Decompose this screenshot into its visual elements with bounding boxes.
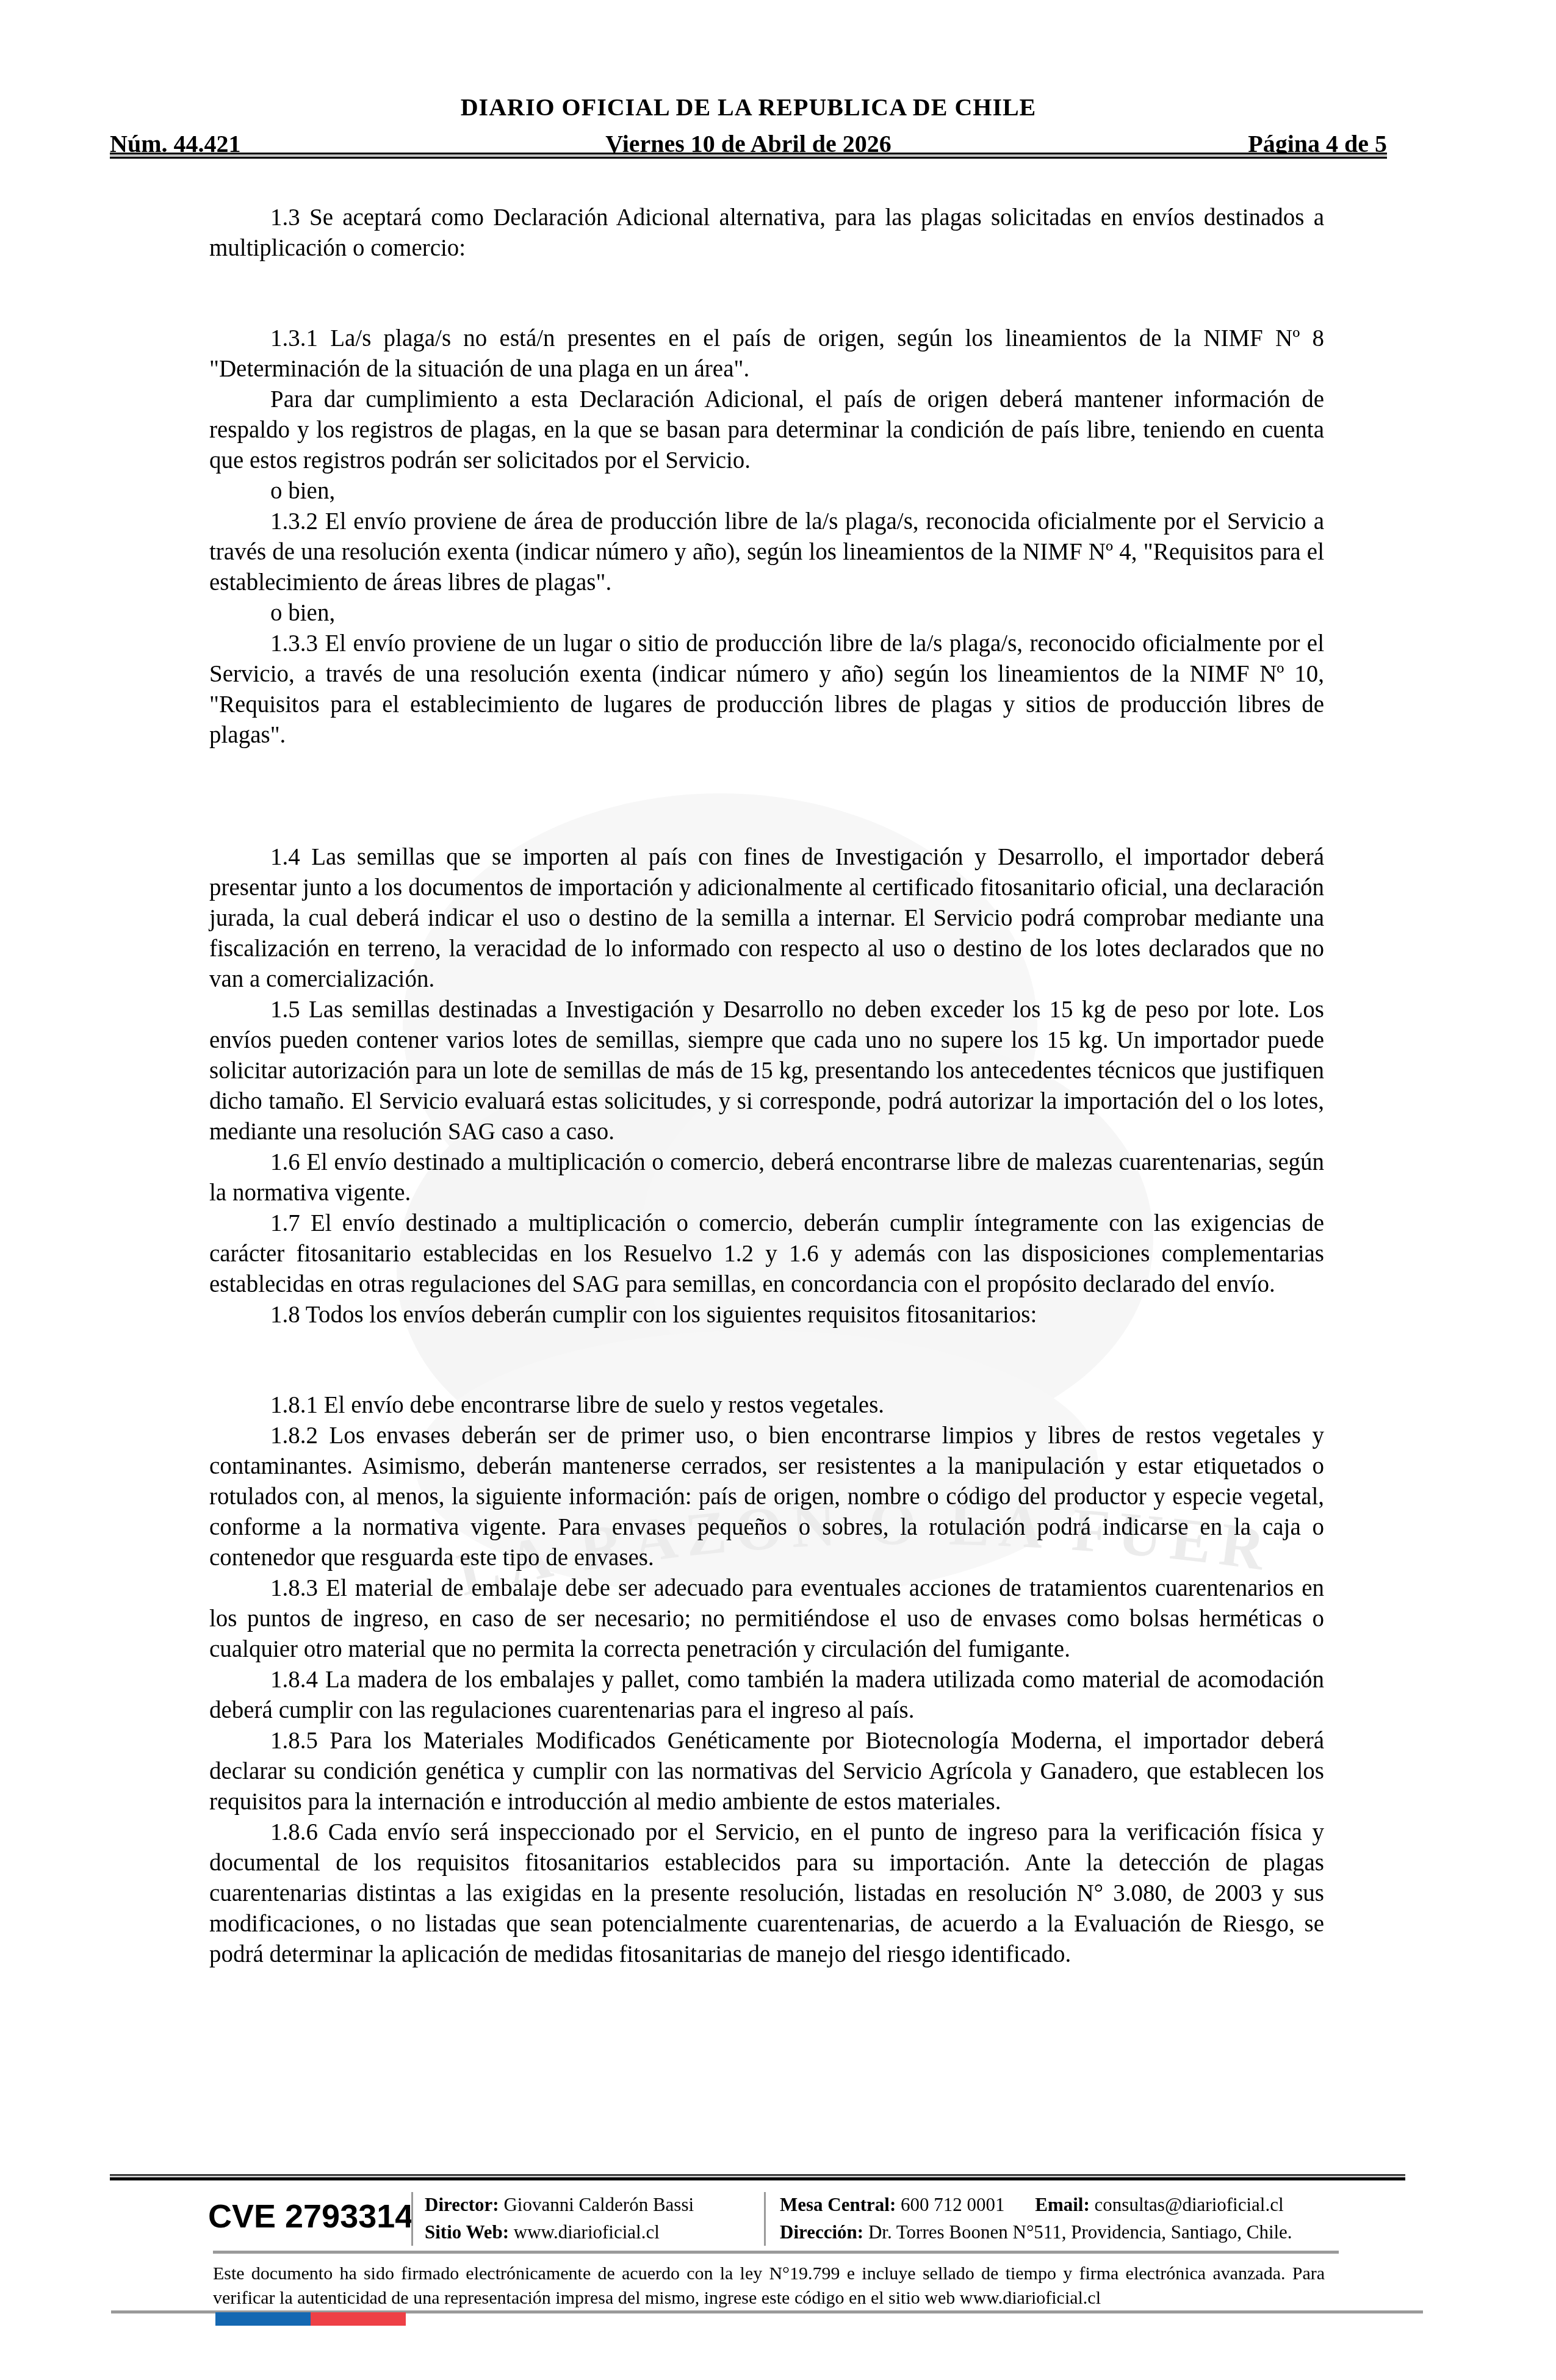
paragraph: o bien, xyxy=(209,476,1324,507)
paragraph: 1.7 El envío destinado a multiplicación … xyxy=(209,1208,1324,1300)
paragraph: 1.8.1 El envío debe encontrarse libre de… xyxy=(209,1390,1324,1421)
director-label: Director: xyxy=(425,2194,499,2215)
footer-divider xyxy=(764,2192,766,2246)
sitio-web-value: www.diarioficial.cl xyxy=(514,2221,660,2243)
footer-divider xyxy=(411,2192,413,2246)
paragraph: 1.8.2 Los envases deberán ser de primer … xyxy=(209,1421,1324,1573)
cve-code: CVE 2793314 xyxy=(208,2198,413,2235)
legal-note: Este documento ha sido firmado electróni… xyxy=(213,2262,1325,2310)
header-rule xyxy=(110,153,1387,159)
director-line: Director: Giovanni Calderón Bassi xyxy=(425,2191,694,2218)
paragraph: Para dar cumplimiento a esta Declaración… xyxy=(209,384,1324,476)
document-page: LA RAZON O LA FUERZA DIARIO OFICIAL DE L… xyxy=(0,0,1556,2380)
director-value: Giovanni Calderón Bassi xyxy=(503,2194,694,2215)
email-label: Email: xyxy=(1035,2194,1090,2215)
paragraph: 1.3.1 La/s plaga/s no está/n presentes e… xyxy=(209,323,1324,384)
paragraph: 1.8.4 La madera de los embalajes y palle… xyxy=(209,1665,1324,1726)
direccion-label: Dirección: xyxy=(780,2221,863,2243)
paragraph: 1.4 Las semillas que se importen al país… xyxy=(209,842,1324,995)
footer-rule xyxy=(110,2174,1405,2180)
paragraph: 1.6 El envío destinado a multiplicación … xyxy=(209,1147,1324,1208)
paragraph: 1.3.2 El envío proviene de área de produ… xyxy=(209,507,1324,598)
paragraph: o bien, xyxy=(209,598,1324,629)
paragraph: 1.8.5 Para los Materiales Modificados Ge… xyxy=(209,1726,1324,1817)
mesa-central-label: Mesa Central: xyxy=(780,2194,896,2215)
chile-flag-mark xyxy=(215,2312,406,2326)
paragraph: 1.5 Las semillas destinadas a Investigac… xyxy=(209,995,1324,1147)
direccion-line: Dirección: Dr. Torres Boonen N°511, Prov… xyxy=(780,2218,1292,2246)
director-block: Director: Giovanni Calderón Bassi Sitio … xyxy=(425,2191,694,2246)
paragraph: 1.8.6 Cada envío será inspeccionado por … xyxy=(209,1817,1324,1970)
sitio-web-line: Sitio Web: www.diarioficial.cl xyxy=(425,2218,694,2246)
footer-separator xyxy=(213,2251,1339,2254)
flag-red-segment xyxy=(311,2312,406,2326)
paragraph: 1.3 Se aceptará como Declaración Adicion… xyxy=(209,203,1324,264)
email-value: consultas@diarioficial.cl xyxy=(1095,2194,1284,2215)
paragraph: 1.8.3 El material de embalaje debe ser a… xyxy=(209,1573,1324,1665)
direccion-value: Dr. Torres Boonen N°511, Providencia, Sa… xyxy=(868,2221,1292,2243)
flag-blue-segment xyxy=(215,2312,311,2326)
masthead-title: DIARIO OFICIAL DE LA REPUBLICA DE CHILE xyxy=(110,93,1387,121)
mesa-central-line: Mesa Central: 600 712 0001 Email: consul… xyxy=(780,2191,1292,2218)
contact-block: Mesa Central: 600 712 0001 Email: consul… xyxy=(780,2191,1292,2246)
mesa-central-value: 600 712 0001 xyxy=(901,2194,1005,2215)
sitio-web-label: Sitio Web: xyxy=(425,2221,509,2243)
paragraph: 1.8 Todos los envíos deberán cumplir con… xyxy=(209,1300,1324,1330)
paragraph: 1.3.3 El envío proviene de un lugar o si… xyxy=(209,629,1324,751)
body-text: 1.3 Se aceptará como Declaración Adicion… xyxy=(209,203,1324,1970)
